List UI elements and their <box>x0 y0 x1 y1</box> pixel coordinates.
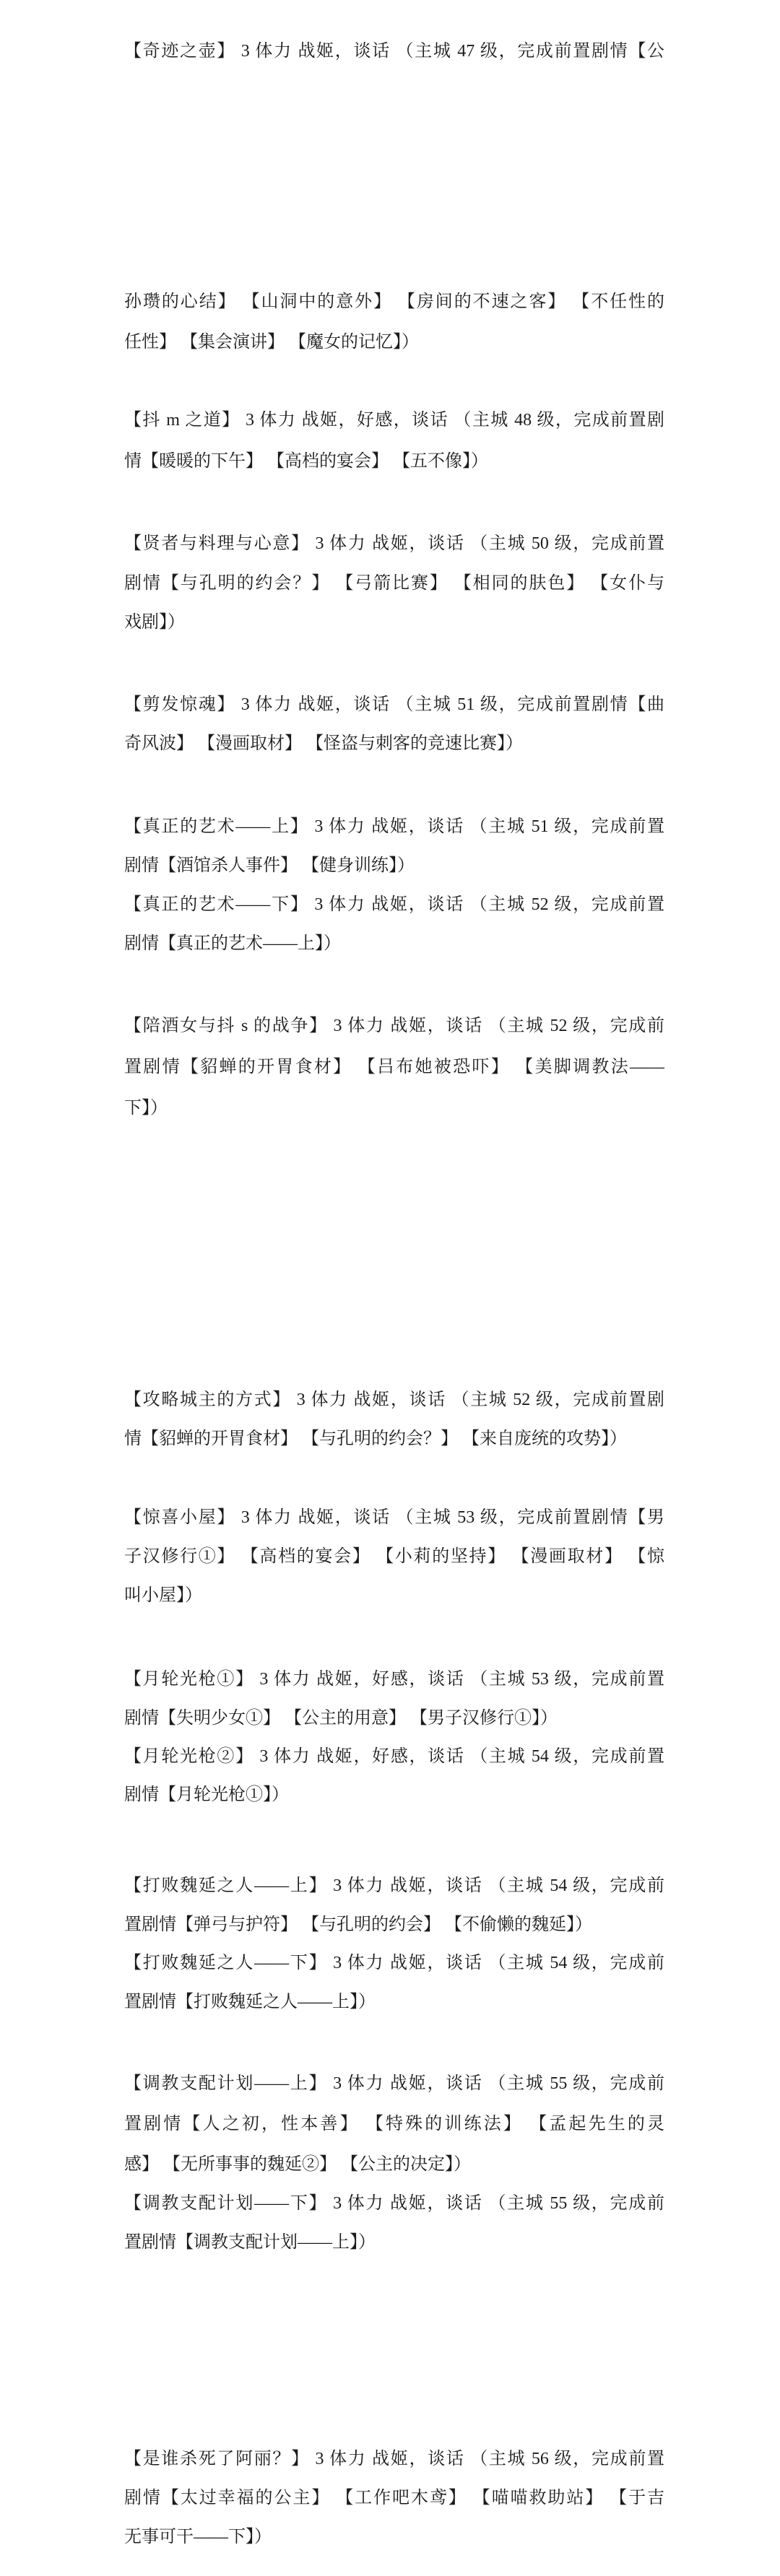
text-line: 【抖 m 之道】 3 体力 战姬，好感，谈话 （主城 48 级，完成前置剧 <box>124 410 664 430</box>
text-line: 叫小屋】） <box>124 1585 664 1606</box>
text-line: 【月轮光枪②】 3 体力 战姬，好感，谈话 （主城 54 级，完成前置 <box>124 1746 664 1767</box>
text-line: 【真正的艺术——下】 3 体力 战姬，谈话 （主城 52 级，完成前置 <box>124 895 664 915</box>
text-line: 剧情【失明少女①】 【公主的用意】 【男子汉修行①】） <box>124 1708 664 1728</box>
text-line: 戏剧】） <box>124 612 664 632</box>
text-line: 【攻略城主的方式】 3 体力 战姬，谈话 （主城 52 级，完成前置剧 <box>124 1390 664 1410</box>
text-line: 置剧情【貂蝉的开胃食材】 【吕布她被恐吓】 【美脚调教法—— <box>124 1057 664 1077</box>
text-line: 情【貂蝉的开胃食材】 【与孔明的约会？】 【来自庞统的攻势】） <box>124 1429 664 1449</box>
text-line: 置剧情【人之初，性本善】 【特殊的训练法】 【孟起先生的灵 <box>124 2114 664 2134</box>
text-line: 【贤者与料理与心意】 3 体力 战姬，谈话 （主城 50 级，完成前置 <box>124 534 664 554</box>
text-line: 【惊喜小屋】 3 体力 战姬，谈话 （主城 53 级，完成前置剧情【男 <box>124 1507 664 1528</box>
text-line: 【调教支配计划——上】 3 体力 战姬，谈话 （主城 55 级，完成前 <box>124 2074 664 2094</box>
text-line: 置剧情【调教支配计划——上】） <box>124 2232 664 2253</box>
text-line: 剧情【酒馆杀人事件】 【健身训练】） <box>124 856 664 876</box>
text-line: 置剧情【打败魏延之人——上】） <box>124 1992 664 2012</box>
text-line: 【真正的艺术——上】 3 体力 战姬，谈话 （主城 51 级，完成前置 <box>124 817 664 837</box>
text-line: 剧情【太过幸福的公主】 【工作吧木鸢】 【喵喵救助站】 【于吉 <box>124 2488 664 2508</box>
text-line: 情【暖暖的下午】 【高档的宴会】 【五不像】） <box>124 451 664 471</box>
text-line: 孙瓒的心结】 【山洞中的意外】 【房间的不速之客】 【不任性的 <box>124 292 664 312</box>
text-line: 奇风波】 【漫画取材】 【怪盗与刺客的竞速比赛】） <box>124 734 664 754</box>
text-line: 子汉修行①】 【高档的宴会】 【小莉的坚持】 【漫画取材】 【惊 <box>124 1546 664 1567</box>
text-line: 剧情【月轮光枪①】） <box>124 1785 664 1805</box>
text-line: 【打败魏延之人——上】 3 体力 战姬，谈话 （主城 54 级，完成前 <box>124 1876 664 1896</box>
text-line: 【月轮光枪①】 3 体力 战姬，好感，谈话 （主城 53 级，完成前置 <box>124 1669 664 1689</box>
text-line: 【奇迹之壶】 3 体力 战姬，谈话 （主城 47 级，完成前置剧情【公 <box>124 41 664 61</box>
text-line: 无事可干——下】） <box>124 2527 664 2547</box>
text-line: 【剪发惊魂】 3 体力 战姬，谈话 （主城 51 级，完成前置剧情【曲 <box>124 695 664 715</box>
text-line: 剧情【真正的艺术——上】） <box>124 934 664 954</box>
text-line: 任性】 【集会演讲】 【魔女的记忆】） <box>124 332 664 352</box>
text-line: 感】 【无所事事的魏延②】 【公主的决定】） <box>124 2154 664 2175</box>
text-line: 【打败魏延之人——下】 3 体力 战姬，谈话 （主城 54 级，完成前 <box>124 1953 664 1973</box>
text-line: 【调教支配计划——下】 3 体力 战姬，谈话 （主城 55 级，完成前 <box>124 2193 664 2214</box>
text-line: 置剧情【弹弓与护符】 【与孔明的约会】 【不偷懒的魏延】） <box>124 1915 664 1935</box>
text-line: 剧情【与孔明的约会？】 【弓箭比赛】 【相同的肤色】 【女仆与 <box>124 573 664 593</box>
document-page: 【奇迹之壶】 3 体力 战姬，谈话 （主城 47 级，完成前置剧情【公孙瓒的心结… <box>0 0 780 2576</box>
text-line: 下】） <box>124 1098 664 1118</box>
text-line: 【是谁杀死了阿丽？】 3 体力 战姬，谈话 （主城 56 级，完成前置 <box>124 2449 664 2469</box>
text-line: 【陪酒女与抖 s 的战争】 3 体力 战姬，谈话 （主城 52 级，完成前 <box>124 1016 664 1036</box>
